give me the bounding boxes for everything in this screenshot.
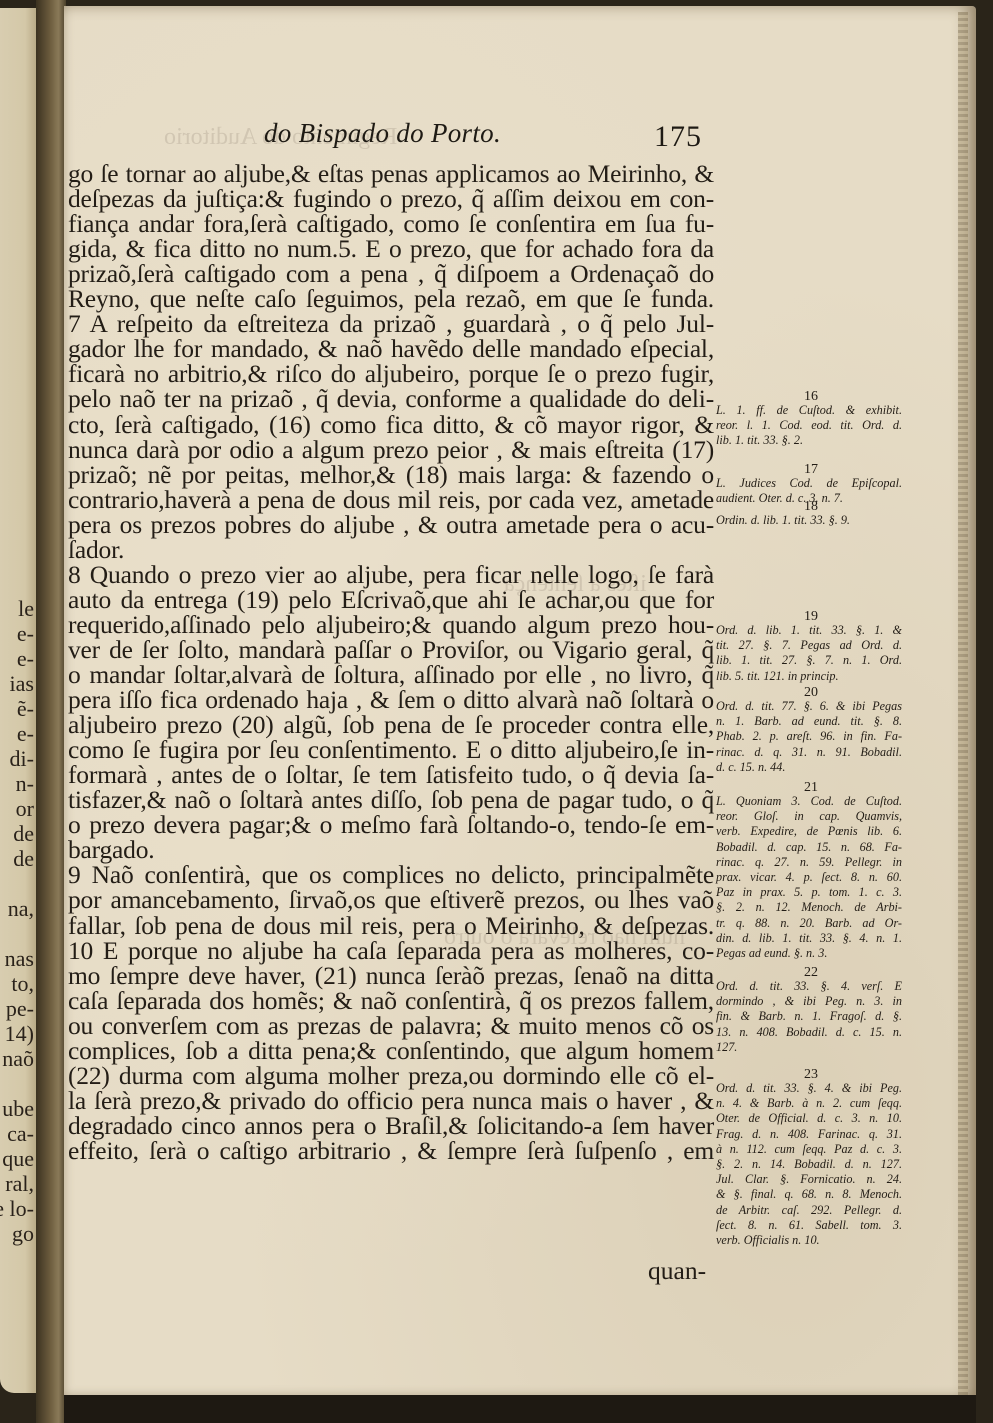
left-page-text-fragment: e- [17,723,34,745]
margin-note-line: rinac. d. q. 31. n. 91. Bobadil. [716,745,902,760]
left-page-text-fragment: de [13,823,34,845]
margin-note-line: ſect. 8. n. 61. Sabell. tom. 3. [716,1218,902,1233]
left-page-text-fragment: naõ [2,1048,34,1070]
margin-note-line: L. Quoniam 3. Cod. de Cuſtod. [716,794,902,809]
left-page-text-fragment: to, [11,973,34,995]
left-page-text-fragment: ẽ- [17,698,34,720]
margin-note-line: tr. q. 88. n. 20. Barb. ad Or- [716,916,902,931]
margin-note-line: d. c. 15. n. 44. [716,760,902,775]
margin-note-line: Ord. d. tit. 33. §. 4. & ibi Peg. [716,1081,902,1096]
margin-note-line: fin. & Barb. n. 1. Fragoſ. d. §. [716,1009,902,1024]
left-page-text-fragment: di- [10,748,34,770]
left-page-text-fragment: ral, [5,1173,34,1195]
left-page-text-fragment: que [2,1148,34,1170]
margin-note-line: Paz in prax. 5. p. tom. 1. c. 3. [716,885,902,900]
margin-note-line: verb. Officialis n. 10. [716,1233,902,1248]
margin-note-line: Ordin. d. lib. 1. tit. 33. §. 9. [716,513,902,528]
left-page-text-fragment: de [13,848,34,870]
margin-note-line: Pegas ad eund. §. n. 3. [716,946,902,961]
margin-note-line: §. 2. n. 14. Bobadil. d. n. 127. [716,1157,902,1172]
margin-note-line: reor. Gloſ. in cap. Quamvis, [716,809,902,824]
margin-note-line: à n. 112. cum ſeqq. Paz d. c. 3. [716,1142,902,1157]
margin-note-line: 13. n. 408. Bobadil. d. c. 15. n. [716,1025,902,1040]
margin-note-line: prax. vicar. 4. p. ſect. 8. n. 60. [716,870,902,885]
left-page-text-fragment: or [16,798,34,820]
margin-note-line: Phab. 2. p. areſt. 96. in fin. Fa- [716,729,902,744]
margin-note-line: lib. 5. tit. 121. in princip. [716,669,902,684]
margin-note-line: reor. l. 1. Cod. eod. tit. Ord. d. [716,418,902,433]
page-header: do Bispado do Porto. 175 [64,118,976,158]
book-page: Regimento do Auditorio iſtes a ſentença … [64,6,976,1404]
margin-note-number: 19 [716,610,906,624]
left-page-text-fragment: na, [8,898,34,920]
margin-note-line: & §. final. q. 68. n. 8. Menoch. [716,1187,902,1202]
margin-note-number: 18 [716,500,906,514]
page-bottom-shadow [64,1395,976,1423]
margin-note-number: 20 [716,686,906,700]
left-page-text-fragment: 14) [5,1023,34,1045]
margin-note-line: dormindo , & ibi Peg. n. 3. in [716,994,902,1009]
margin-note-line: din. d. lib. 1. tit. 33. §. 4. n. 1. [716,931,902,946]
margin-note-line: rinac. q. 27. n. 59. Pellegr. in [716,855,902,870]
left-page-text-fragment: ias [10,673,34,695]
margin-note-line: 127. [716,1040,902,1055]
left-page-text-fragment: n- [16,773,34,795]
margin-note-line: Jul. Clar. §. Fornicatio. n. 24. [716,1172,902,1187]
margin-note-number: 21 [716,781,906,795]
margin-note-line: n. 1. Barb. ad eund. tit. §. 8. [716,714,902,729]
left-page-text-fragment: nas [5,948,34,970]
margin-note-line: Bobadil. d. cap. 15. n. 68. Fa- [716,840,902,855]
left-page-text-fragment: go [12,1223,34,1245]
text-line: effeito, ſerà o caſtigo arbitrario , & ſ… [68,1136,714,1166]
page-edge [958,12,968,1408]
margin-note-line: lib. 1. tit. 33. §. 2. [716,433,902,448]
margin-note-line: tit. 27. §. 7. Pegas ad Ord. d. [716,638,902,653]
margin-note-number: 16 [716,390,906,404]
left-page-text-fragment: e- [17,623,34,645]
book-gutter [36,0,66,1423]
margin-note-line: L. Judices Cod. de Epiſcopal. [716,476,902,491]
left-page-text-fragment: e lo- [0,1198,34,1220]
margin-note-line: n. 4. & Barb. à n. 2. cum ſeqq. [716,1096,902,1111]
left-page-text-fragment: e- [17,648,34,670]
margin-note-number: 23 [716,1068,906,1082]
margin-note-number: 17 [716,463,906,477]
adjacent-left-page: lee-e-iasẽ-e-di-n-ordedena,nasto,pe-14)n… [0,8,36,1393]
page-number: 175 [654,120,702,154]
left-page-text-fragment: le [18,598,34,620]
margin-note-line: de Arbitr. caſ. 292. Pellegr. d. [716,1203,902,1218]
margin-note-line: Ord. d. lib. 1. tit. 33. §. 1. & [716,623,902,638]
margin-note-number: 22 [716,966,906,980]
margin-note-line: Frag. d. n. 408. Farinac. q. 31. [716,1127,902,1142]
running-head: do Bispado do Porto. [264,118,501,149]
margin-note-line: §. 2. n. 12. Menoch. de Arbi- [716,900,902,915]
catchword: quan- [648,1256,706,1286]
margin-note-line: verb. Expedire, de Pœnis lib. 6. [716,824,902,839]
margin-note-line: Oter. de Official. d. c. 3. n. 10. [716,1111,902,1126]
margin-note-line: Ord. d. tit. 33. §. 4. verſ. E [716,979,902,994]
margin-note-line: L. 1. ff. de Cuſtod. & exhibit. [716,403,902,418]
left-page-text-fragment: ube [2,1098,34,1120]
margin-note-line: lib. 1. tit. 27. §. 7. n. 1. Ord. [716,653,902,668]
left-page-text-fragment: ca- [7,1123,34,1145]
left-page-text-fragment: pe- [6,998,34,1020]
margin-note-line: Ord. d. tit. 77. §. 6. & ibi Pegas [716,699,902,714]
